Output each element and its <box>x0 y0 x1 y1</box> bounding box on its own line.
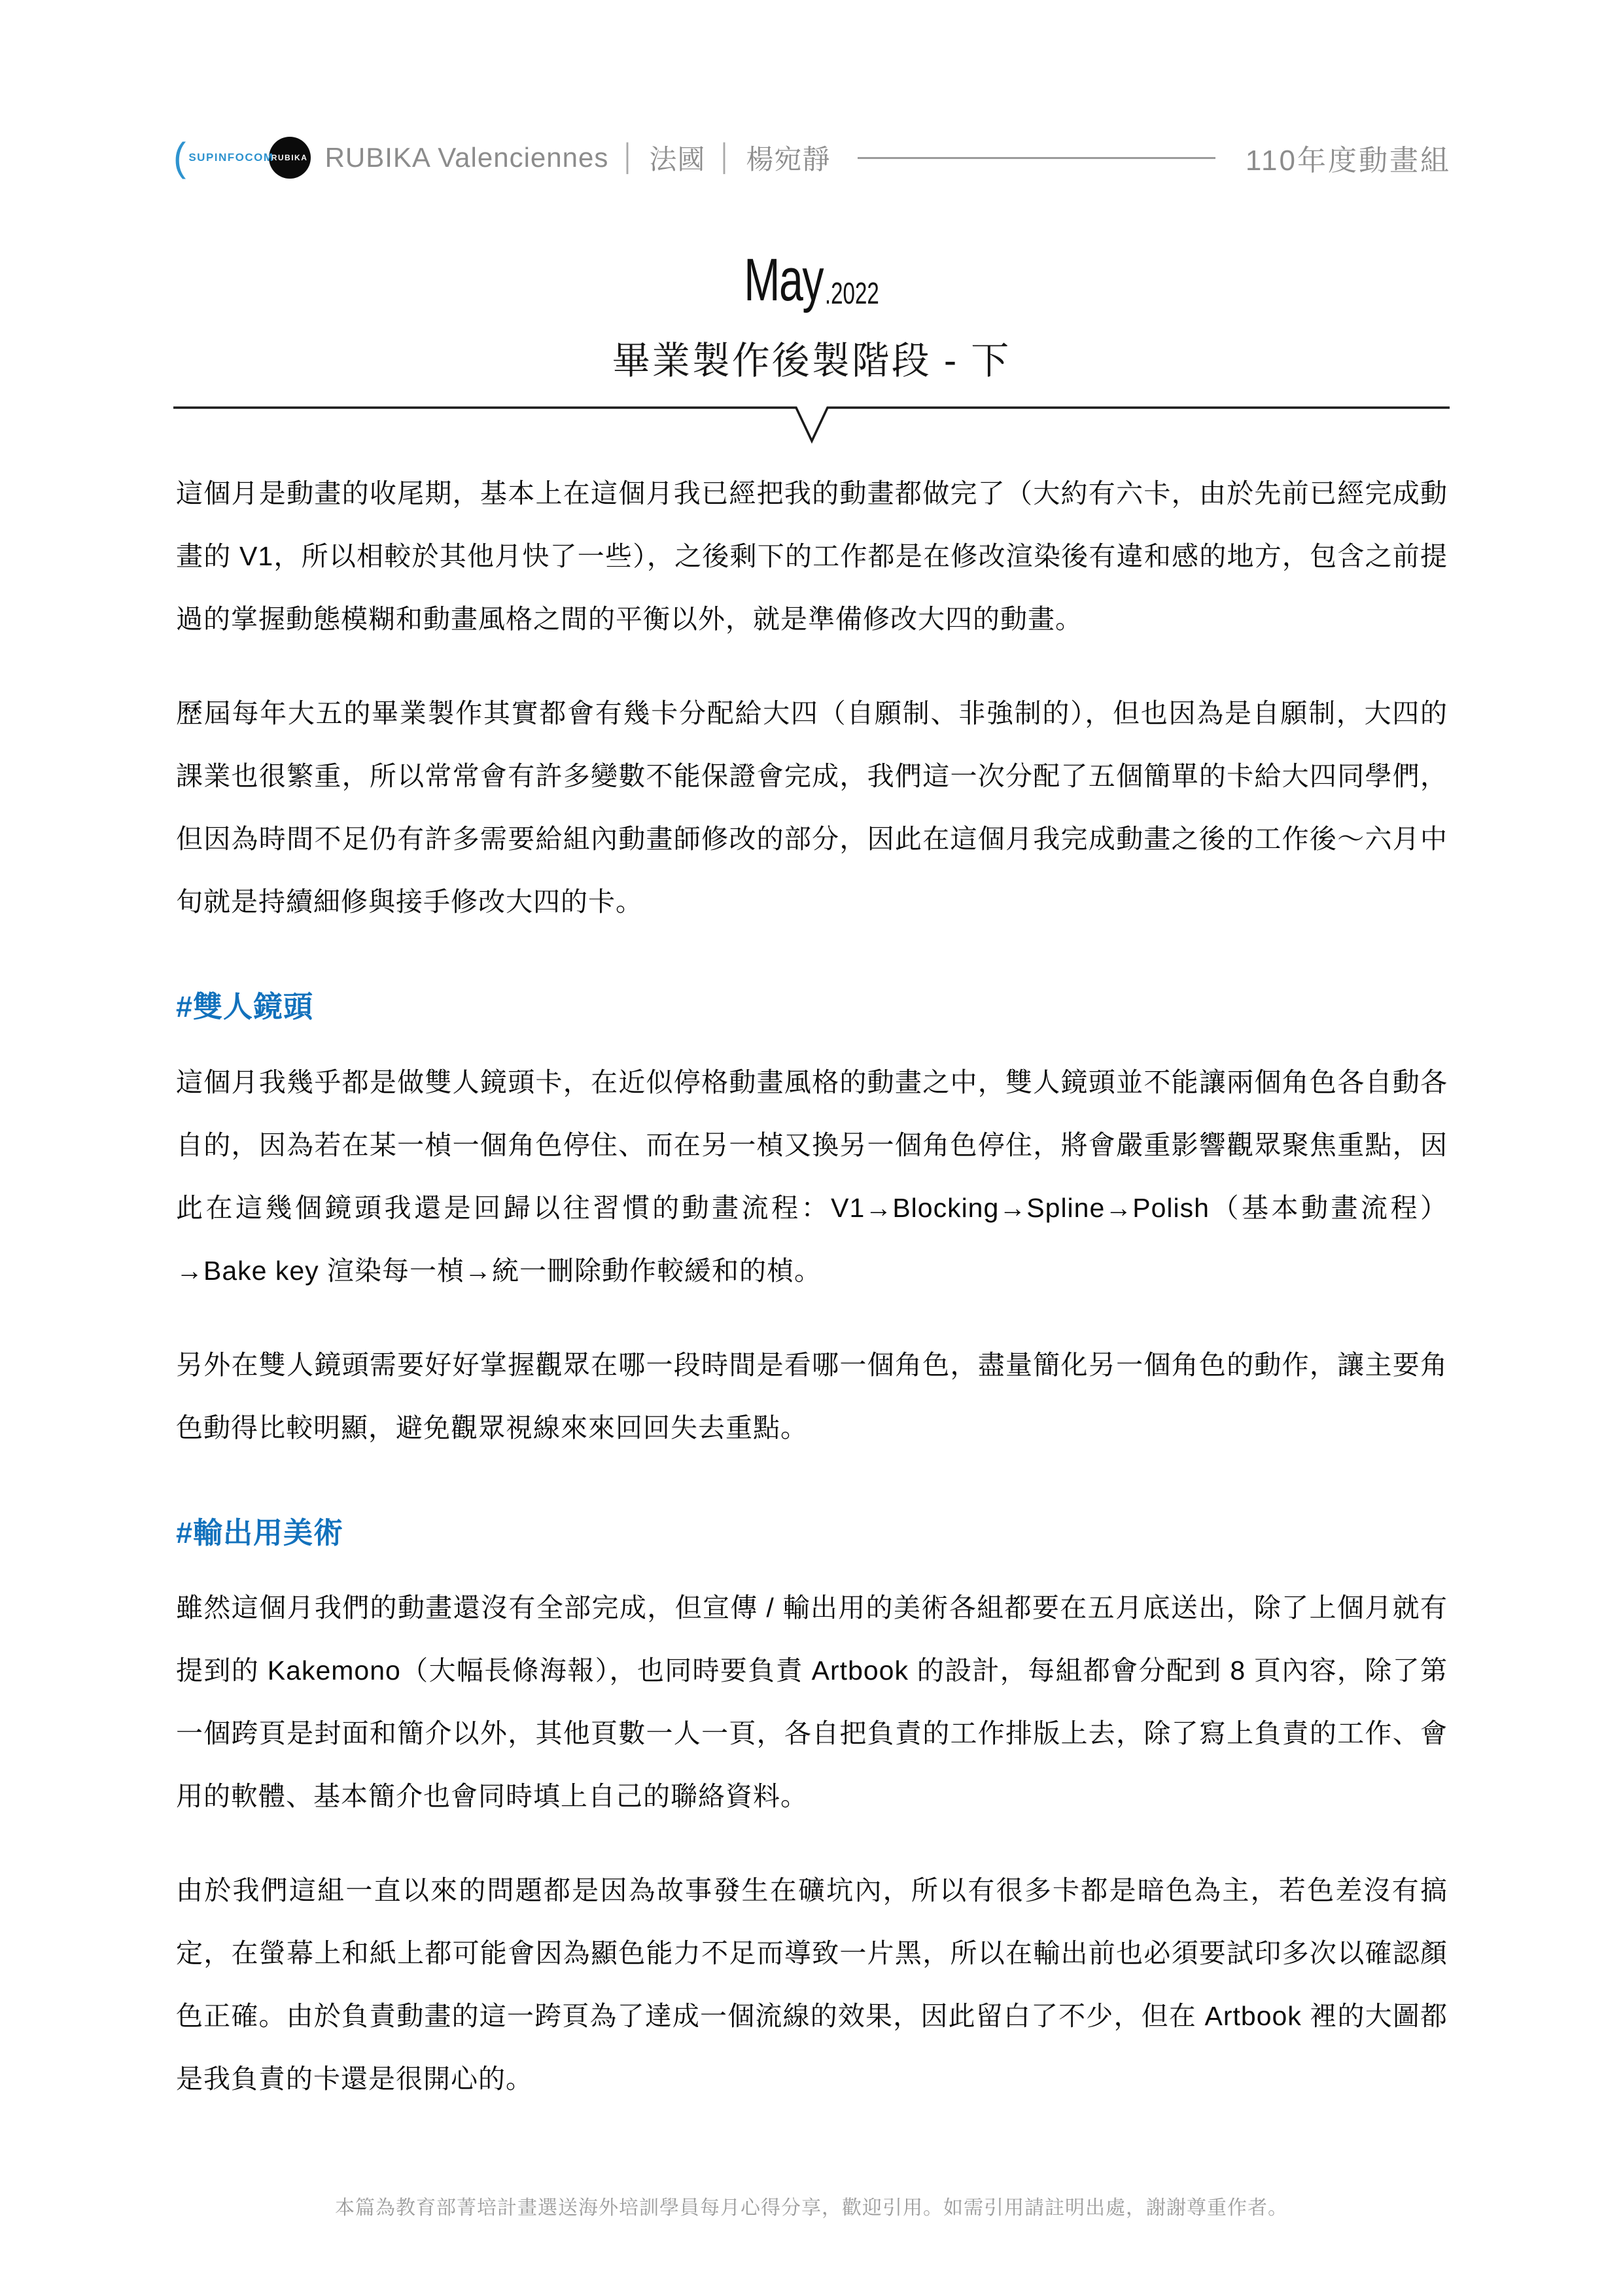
paragraph: 這個月我幾乎都是做雙人鏡頭卡，在近似停格動畫風格的動畫之中，雙人鏡頭並不能讓兩個… <box>176 1051 1448 1302</box>
paragraph: 這個月是動畫的收尾期，基本上在這個月我已經把我的動畫都做完了（大約有六卡，由於先… <box>176 462 1448 650</box>
paragraph: 由於我們這組一直以來的問題都是因為故事發生在礦坑內，所以有很多卡都是暗色為主，若… <box>176 1859 1448 2110</box>
supinfocom-rubika-logo: ( SUPINFOCOM RUBIKA <box>173 128 311 187</box>
separator-bar: │ <box>608 143 649 173</box>
country-label: 法國 <box>649 138 705 177</box>
supinfocom-wordmark: SUPINFOCOM <box>188 151 273 164</box>
paragraph: 雖然這個月我們的動畫還沒有全部完成，但宣傳 / 輸出用的美術各組都要在五月底送出… <box>176 1576 1448 1828</box>
rubika-badge: RUBIKA <box>269 137 311 179</box>
article-body: 這個月是動畫的收尾期，基本上在這個月我已經把我的動畫都做完了（大約有六卡，由於先… <box>176 462 1448 2142</box>
month-title: May .2022 <box>227 250 1395 310</box>
paragraph: 另外在雙人鏡頭需要好好掌握觀眾在哪一段時間是看哪一個角色，盡量簡化另一個角色的動… <box>176 1333 1448 1459</box>
section-heading: #輸出用美術 <box>176 1517 1448 1549</box>
section-heading: #雙人鏡頭 <box>176 991 1448 1023</box>
author-name: 楊宛靜 <box>746 138 830 177</box>
page-footer: 本篇為教育部菁培計畫選送海外培訓學員每月心得分享，歡迎引用。如需引用請註明出處，… <box>0 2191 1623 2220</box>
rubika-badge-label: RUBIKA <box>271 153 308 162</box>
month-label: May <box>744 250 823 310</box>
page-title: 畢業製作後製階段 - 下 <box>0 330 1623 385</box>
school-name: RUBIKA Valenciennes <box>325 142 609 173</box>
header-identity: RUBIKA Valenciennes │ 法國 │ 楊宛靜 <box>325 138 831 177</box>
header-rule-line <box>858 157 1215 159</box>
paragraph: 歷屆每年大五的畢業製作其實都會有幾卡分配給大四（自願制、非強制的），但也因為是自… <box>176 682 1448 933</box>
title-divider-notch-line <box>173 404 1450 445</box>
year-label: .2022 <box>825 278 879 308</box>
separator-bar: │ <box>705 143 746 173</box>
title-block: May .2022 畢業製作後製階段 - 下 <box>0 250 1623 385</box>
logo-paren-mark: ( <box>173 138 186 178</box>
cohort-label: 110年度動畫組 <box>1246 137 1451 179</box>
page-header: ( SUPINFOCOM RUBIKA RUBIKA Valenciennes … <box>173 128 1451 187</box>
